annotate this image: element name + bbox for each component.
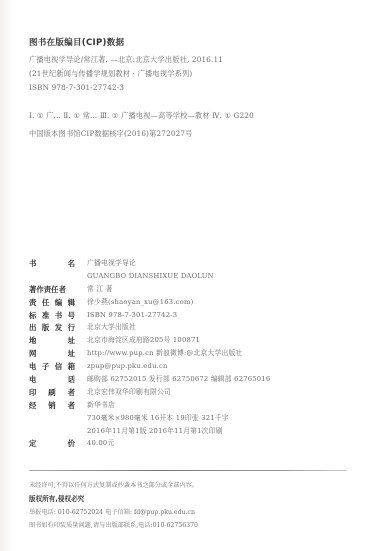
colophon-row: 2016年11月第1版 2016年11月第1次印刷 xyxy=(29,426,359,439)
colophon-label: 电话 xyxy=(29,374,75,385)
colophon-label-char: 子 xyxy=(42,361,49,372)
colophon-row: 经销者新华书店 xyxy=(29,400,359,413)
colophon-label: 网址 xyxy=(29,348,75,359)
colophon-value: 邮购部 62752015 发行部 62750672 编辑部 62765016 xyxy=(87,374,270,385)
colophon-value: 40.00元 xyxy=(87,438,114,449)
divider xyxy=(29,470,347,471)
colophon-value: 徐少燕(shaoyan_xu@163.com) xyxy=(87,297,193,308)
colophon-label: 书名 xyxy=(29,258,75,269)
colophon-label-char: 准 xyxy=(42,310,49,321)
cip-isbn-line: ISBN 978-7-301-27742-3 xyxy=(29,83,124,92)
cip-bibliographic-line: 广播电视学导论/常江著. —北京:北京大学出版社, 2016.11 xyxy=(29,55,223,65)
colophon-label: 责任编辑 xyxy=(29,297,75,308)
quality-contact: 图书如有印装质量问题,请与出版部联系,电话:010-62756370 xyxy=(29,520,198,529)
colophon-row: 730毫米×980毫米 16开本 19印张 321千字 xyxy=(29,413,359,426)
colophon-value: ISBN 978-7-301-27742-3 xyxy=(87,310,177,321)
colophon-label-char: 价 xyxy=(68,438,75,449)
colophon-label: 标准书号 xyxy=(29,310,75,321)
colophon-label-char: 编 xyxy=(55,297,62,308)
colophon-value: 730毫米×980毫米 16开本 19印张 321千字 xyxy=(87,413,229,424)
copyright-notice: 未经许可,不得以任何方式复制或抄袭本书之部分或全部内容。 xyxy=(29,480,198,489)
cip-heading: 图书在版编目(CIP)数据 xyxy=(29,36,124,48)
colophon-row: 网址http://www.pup.cn 新浪微博:@北京大学出版社 xyxy=(29,348,359,361)
colophon-label-char: 著作责任者 xyxy=(29,284,66,295)
colophon-label-char: 书 xyxy=(29,258,36,269)
cip-series-line: (21世纪新闻与传播学规划教材 · 广播电视学系列) xyxy=(29,69,192,79)
colophon-label: 著作责任者 xyxy=(29,284,75,295)
colophon-label-char: 标 xyxy=(29,310,36,321)
colophon-label-char: 电 xyxy=(29,361,36,372)
colophon-label-char: 行 xyxy=(68,322,75,333)
colophon-label: 地址 xyxy=(29,335,75,346)
colophon-label-char: 者 xyxy=(68,387,75,398)
copyright-page: 图书在版编目(CIP)数据 广播电视学导论/常江著. —北京:北京大学出版社, … xyxy=(0,0,375,551)
colophon-value: GUANGBO DIANSHIXUE DAOLUN xyxy=(87,271,214,282)
colophon-value: zpup@pup.pku.edu.cn xyxy=(87,361,168,372)
colophon-label-char: 名 xyxy=(68,258,75,269)
colophon-row: 标准书号ISBN 978-7-301-27742-3 xyxy=(29,310,359,323)
colophon-table: 书名广播电视学导论GUANGBO DIANSHIXUE DAOLUN著作责任者常… xyxy=(29,258,359,451)
colophon-label-char: 刷 xyxy=(48,387,55,398)
colophon-label-char: 书 xyxy=(55,310,62,321)
colophon-label-char: 网 xyxy=(29,348,36,359)
colophon-label-char: 地 xyxy=(29,335,36,346)
cip-classification-line: Ⅰ. ① 广… Ⅱ. ① 常… Ⅲ. ① 广播电视—高等学校—教材 Ⅳ. ① G… xyxy=(29,111,254,121)
report-contact: 举报电话: 010-62752024 电子信箱: fd@pup.pku.edu.… xyxy=(29,507,195,516)
colophon-row: 电话邮购部 62752015 发行部 62750672 编辑部 62765016 xyxy=(29,374,359,387)
colophon-value: 北京宏伟双华印刷有限公司 xyxy=(87,387,171,398)
colophon-row: 书名广播电视学导论 xyxy=(29,258,359,271)
colophon-label: 定价 xyxy=(29,438,75,449)
colophon-label-char: 者 xyxy=(68,400,75,411)
colophon-value: 新华书店 xyxy=(87,400,115,411)
colophon-label: 出版发行 xyxy=(29,322,75,333)
colophon-label: 经销者 xyxy=(29,400,75,411)
colophon-label-char: 址 xyxy=(68,348,75,359)
colophon-label-char: 话 xyxy=(68,374,75,385)
colophon-row: 定价40.00元 xyxy=(29,438,359,451)
colophon-label-char: 定 xyxy=(29,438,36,449)
colophon-value: 北京大学出版社 xyxy=(87,322,136,333)
colophon-row: 电子信箱zpup@pup.pku.edu.cn xyxy=(29,361,359,374)
colophon-label-char: 责 xyxy=(29,297,36,308)
colophon-row: GUANGBO DIANSHIXUE DAOLUN xyxy=(29,271,359,284)
colophon-label-char: 发 xyxy=(55,322,62,333)
colophon-label-char: 箱 xyxy=(68,361,75,372)
colophon-label-char: 信 xyxy=(55,361,62,372)
colophon-label-char: 辑 xyxy=(68,297,75,308)
colophon-label-char: 址 xyxy=(68,335,75,346)
colophon-label-char: 经 xyxy=(29,400,36,411)
colophon-value: 北京市海淀区成府路205号 100871 xyxy=(87,335,200,346)
colophon-label-char: 出 xyxy=(29,322,36,333)
colophon-label-char: 号 xyxy=(68,310,75,321)
rights-reserved: 版权所有,侵权必究 xyxy=(29,493,84,503)
colophon-value: 2016年11月第1版 2016年11月第1次印刷 xyxy=(87,426,223,437)
cip-record-number-line: 中国版本图书馆CIP数据核字(2016)第272027号 xyxy=(29,129,193,139)
colophon-value: http://www.pup.cn 新浪微博:@北京大学出版社 xyxy=(87,348,243,359)
colophon-row: 出版发行北京大学出版社 xyxy=(29,322,359,335)
colophon-label-char: 任 xyxy=(42,297,49,308)
colophon-row: 地址北京市海淀区成府路205号 100871 xyxy=(29,335,359,348)
colophon-label: 电子信箱 xyxy=(29,361,75,372)
colophon-label-char: 电 xyxy=(29,374,36,385)
colophon-label-char: 版 xyxy=(42,322,49,333)
colophon-value: 广播电视学导论 xyxy=(87,258,136,269)
colophon-label-char: 印 xyxy=(29,387,36,398)
colophon-label: 印刷者 xyxy=(29,387,75,398)
colophon-row: 责任编辑徐少燕(shaoyan_xu@163.com) xyxy=(29,297,359,310)
colophon-label-char: 销 xyxy=(48,400,55,411)
colophon-row: 印刷者北京宏伟双华印刷有限公司 xyxy=(29,387,359,400)
colophon-row: 著作责任者常 江 著 xyxy=(29,284,359,297)
colophon-value: 常 江 著 xyxy=(87,284,113,295)
